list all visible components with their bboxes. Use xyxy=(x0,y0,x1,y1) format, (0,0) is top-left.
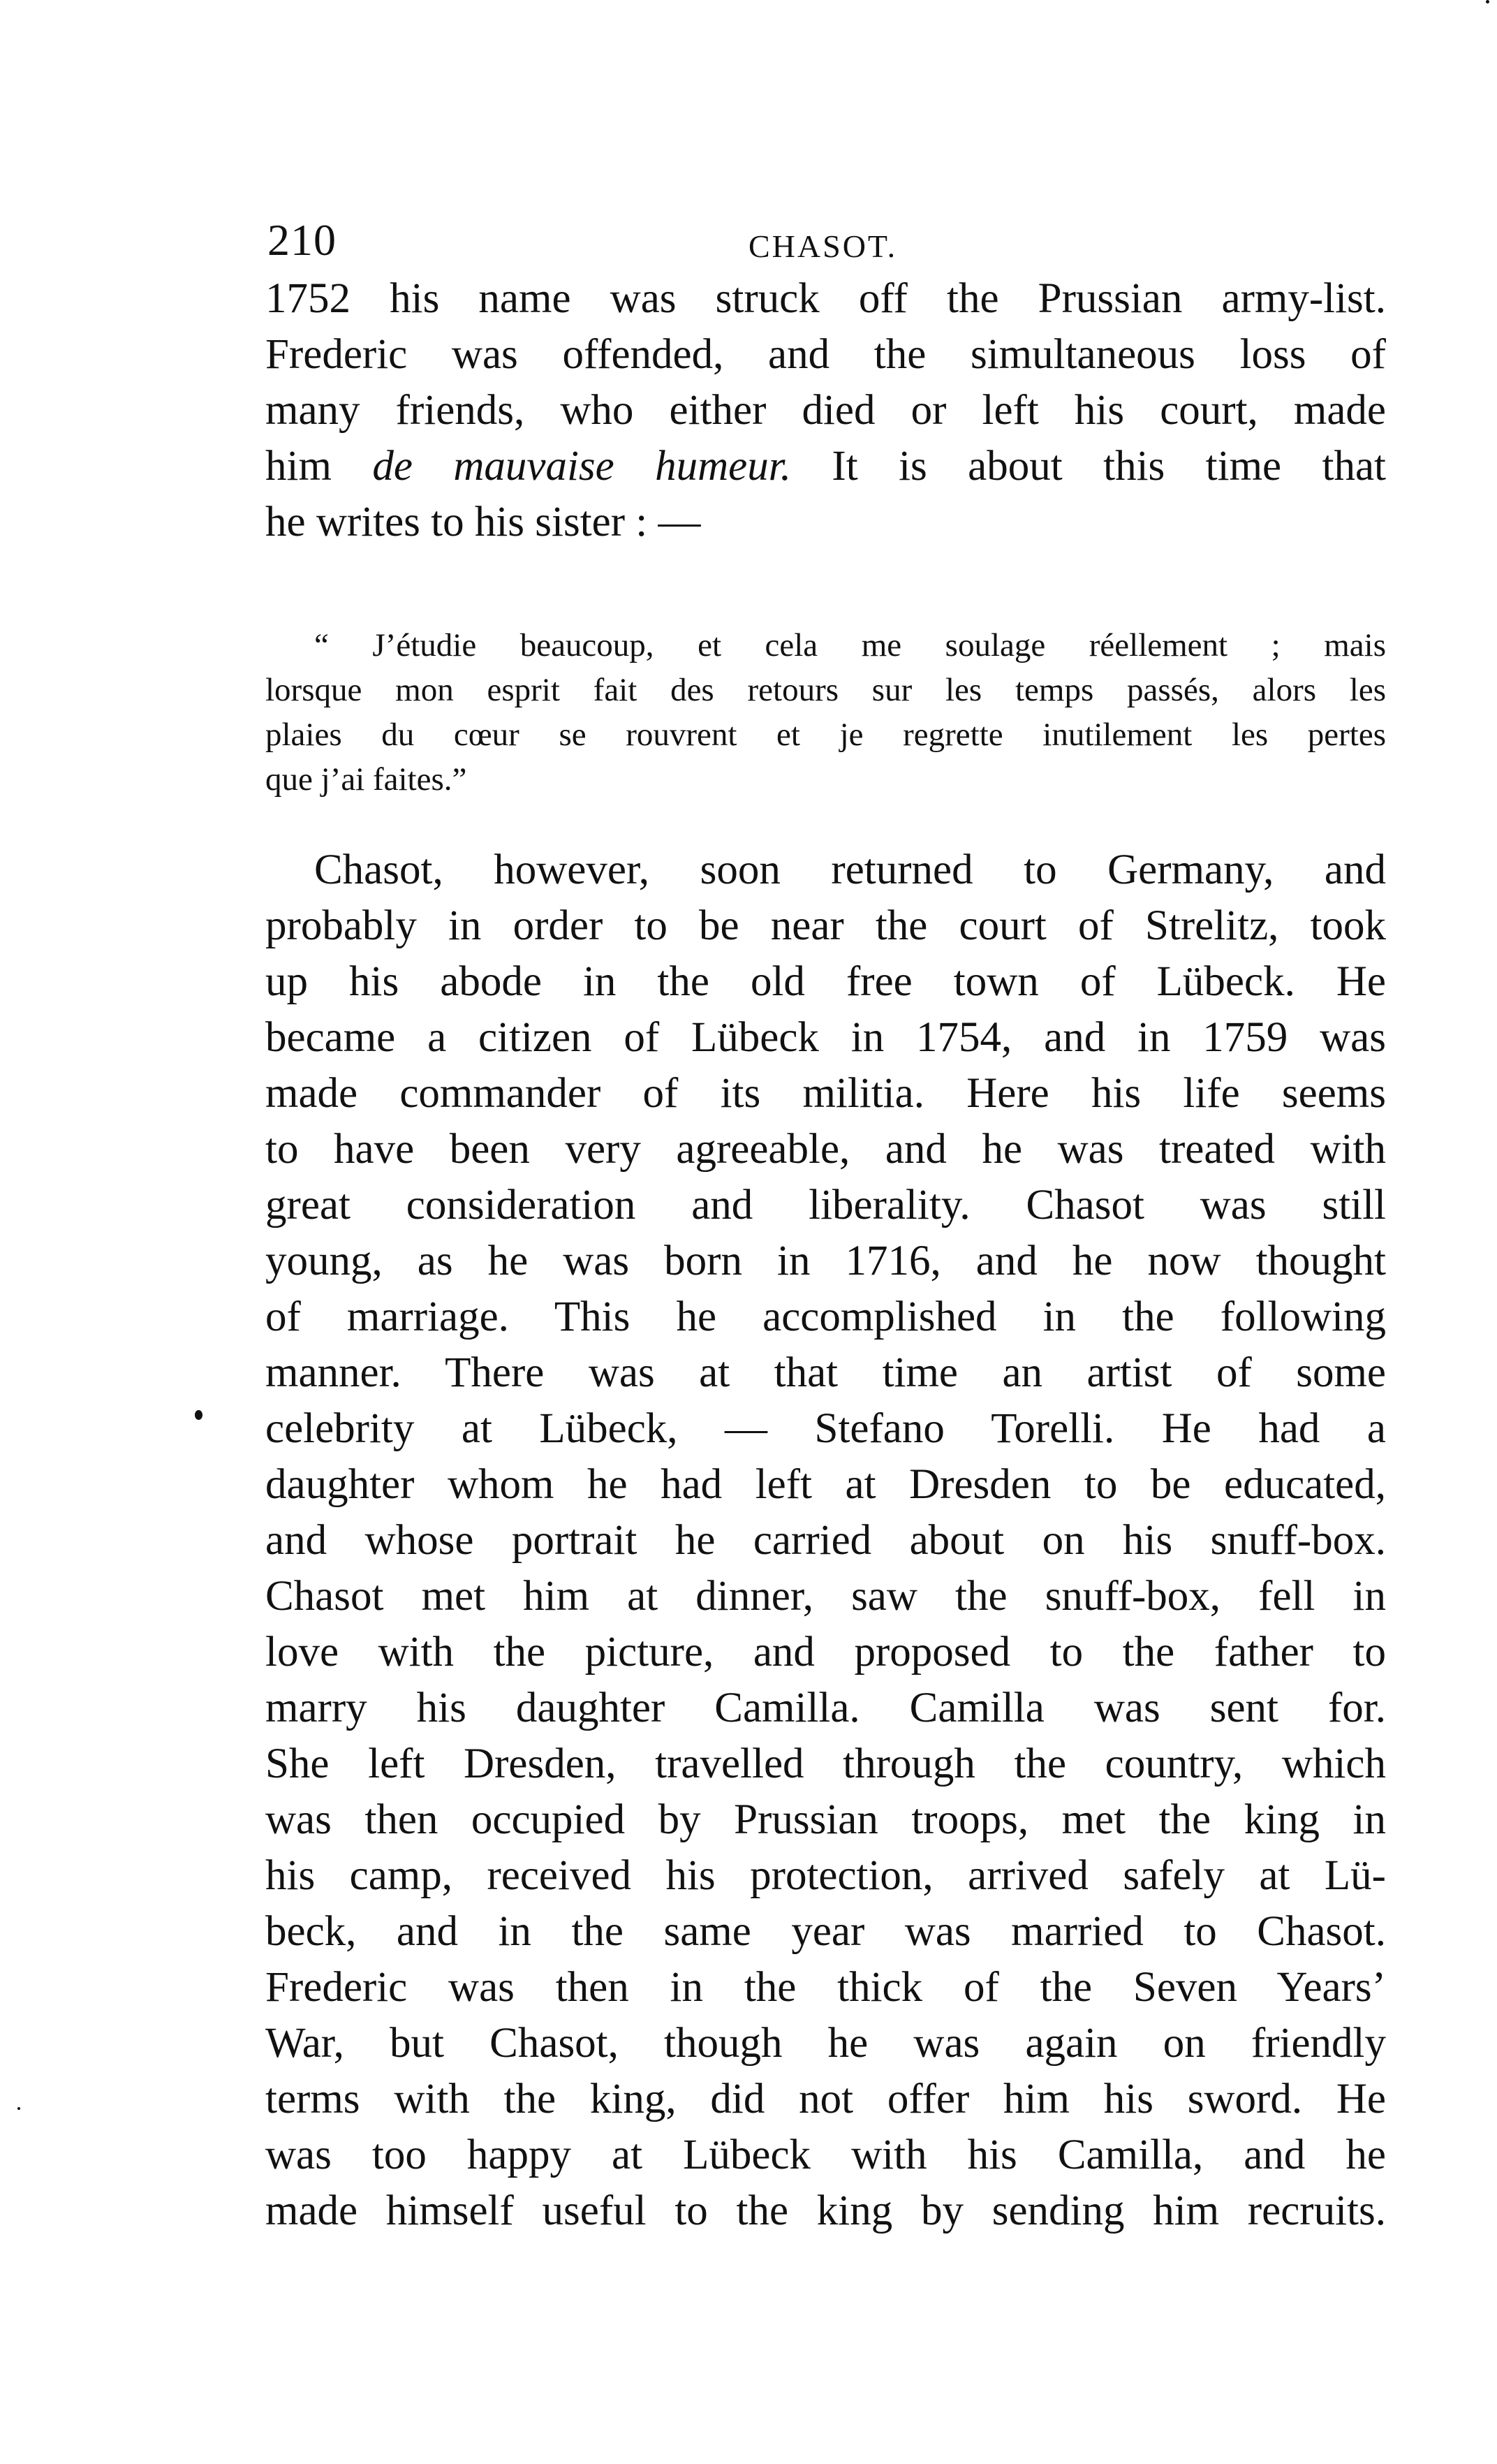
text-line: War, but Chasot, though he was again on … xyxy=(265,2016,1386,2071)
text-line: and whose portrait he carried about on h… xyxy=(265,1513,1386,1569)
text-line: beck, and in the same year was married t… xyxy=(265,1904,1386,1960)
text-line: Chasot, however, soon returned to German… xyxy=(265,842,1386,898)
running-title: CHASOT. xyxy=(748,230,897,263)
text-fragment: him xyxy=(265,443,372,490)
book-page: 210 CHASOT. 1752 his name was struck off… xyxy=(0,0,1497,2464)
scan-speck xyxy=(17,2107,20,2110)
text-line: to have been very agreeable, and he was … xyxy=(265,1122,1386,1178)
text-line: love with the picture, and proposed to t… xyxy=(265,1625,1386,1680)
text-line: made commander of its militia. Here his … xyxy=(265,1066,1386,1122)
text-line: of marriage. This he accomplished in the… xyxy=(265,1289,1386,1345)
paragraph-1: 1752 his name was struck off the Prussia… xyxy=(265,271,1386,550)
quote-line: plaies du cœur se rouvrent et je regrett… xyxy=(265,712,1386,757)
text-line: was then occupied by Prussian troops, me… xyxy=(265,1792,1386,1848)
text-line: 1752 his name was struck off the Prussia… xyxy=(265,271,1386,327)
text-line: young, as he was born in 1716, and he no… xyxy=(265,1233,1386,1289)
text-line: daughter whom he had left at Dresden to … xyxy=(265,1457,1386,1513)
block-quotation: “ J’étudie beaucoup, et cela me soulage … xyxy=(265,623,1386,802)
text-line: manner. There was at that time an artist… xyxy=(265,1345,1386,1401)
text-line: great consideration and liberality. Chas… xyxy=(265,1178,1386,1233)
text-line: his camp, received his protection, arriv… xyxy=(265,1848,1386,1904)
text-line: probably in order to be near the court o… xyxy=(265,898,1386,954)
text-line: up his abode in the old free town of Lüb… xyxy=(265,954,1386,1010)
paragraph-2: Chasot, however, soon returned to German… xyxy=(265,842,1386,2239)
text-line: Chasot met him at dinner, saw the snuff-… xyxy=(265,1569,1386,1625)
text-line: he writes to his sister : — xyxy=(265,494,1386,550)
scan-speck xyxy=(1486,0,1489,3)
text-line: many friends, who either died or left hi… xyxy=(265,383,1386,439)
text-line: became a citizen of Lübeck in 1754, and … xyxy=(265,1010,1386,1066)
quote-line: que j’ai faites.” xyxy=(265,757,1386,802)
scan-speck xyxy=(195,1410,202,1420)
text-line: marry his daughter Camilla. Camilla was … xyxy=(265,1680,1386,1736)
italic-phrase: de mauvaise humeur. xyxy=(372,443,791,490)
page-number: 210 xyxy=(267,218,337,263)
text-line: him de mauvaise humeur. It is about this… xyxy=(265,439,1386,494)
quote-line: lorsque mon esprit fait des retours sur … xyxy=(265,668,1386,712)
text-fragment: It is about this time that xyxy=(791,443,1386,490)
text-line: was too happy at Lübeck with his Camilla… xyxy=(265,2127,1386,2183)
text-line: terms with the king, did not offer him h… xyxy=(265,2071,1386,2127)
quote-line: “ J’étudie beaucoup, et cela me soulage … xyxy=(265,623,1386,668)
text-line: Frederic was then in the thick of the Se… xyxy=(265,1960,1386,2016)
text-line: She left Dresden, travelled through the … xyxy=(265,1736,1386,1792)
text-line: made himself useful to the king by sendi… xyxy=(265,2183,1386,2239)
text-line: Frederic was offended, and the simultane… xyxy=(265,327,1386,383)
text-line: celebrity at Lübeck, — Stefano Torelli. … xyxy=(265,1401,1386,1457)
